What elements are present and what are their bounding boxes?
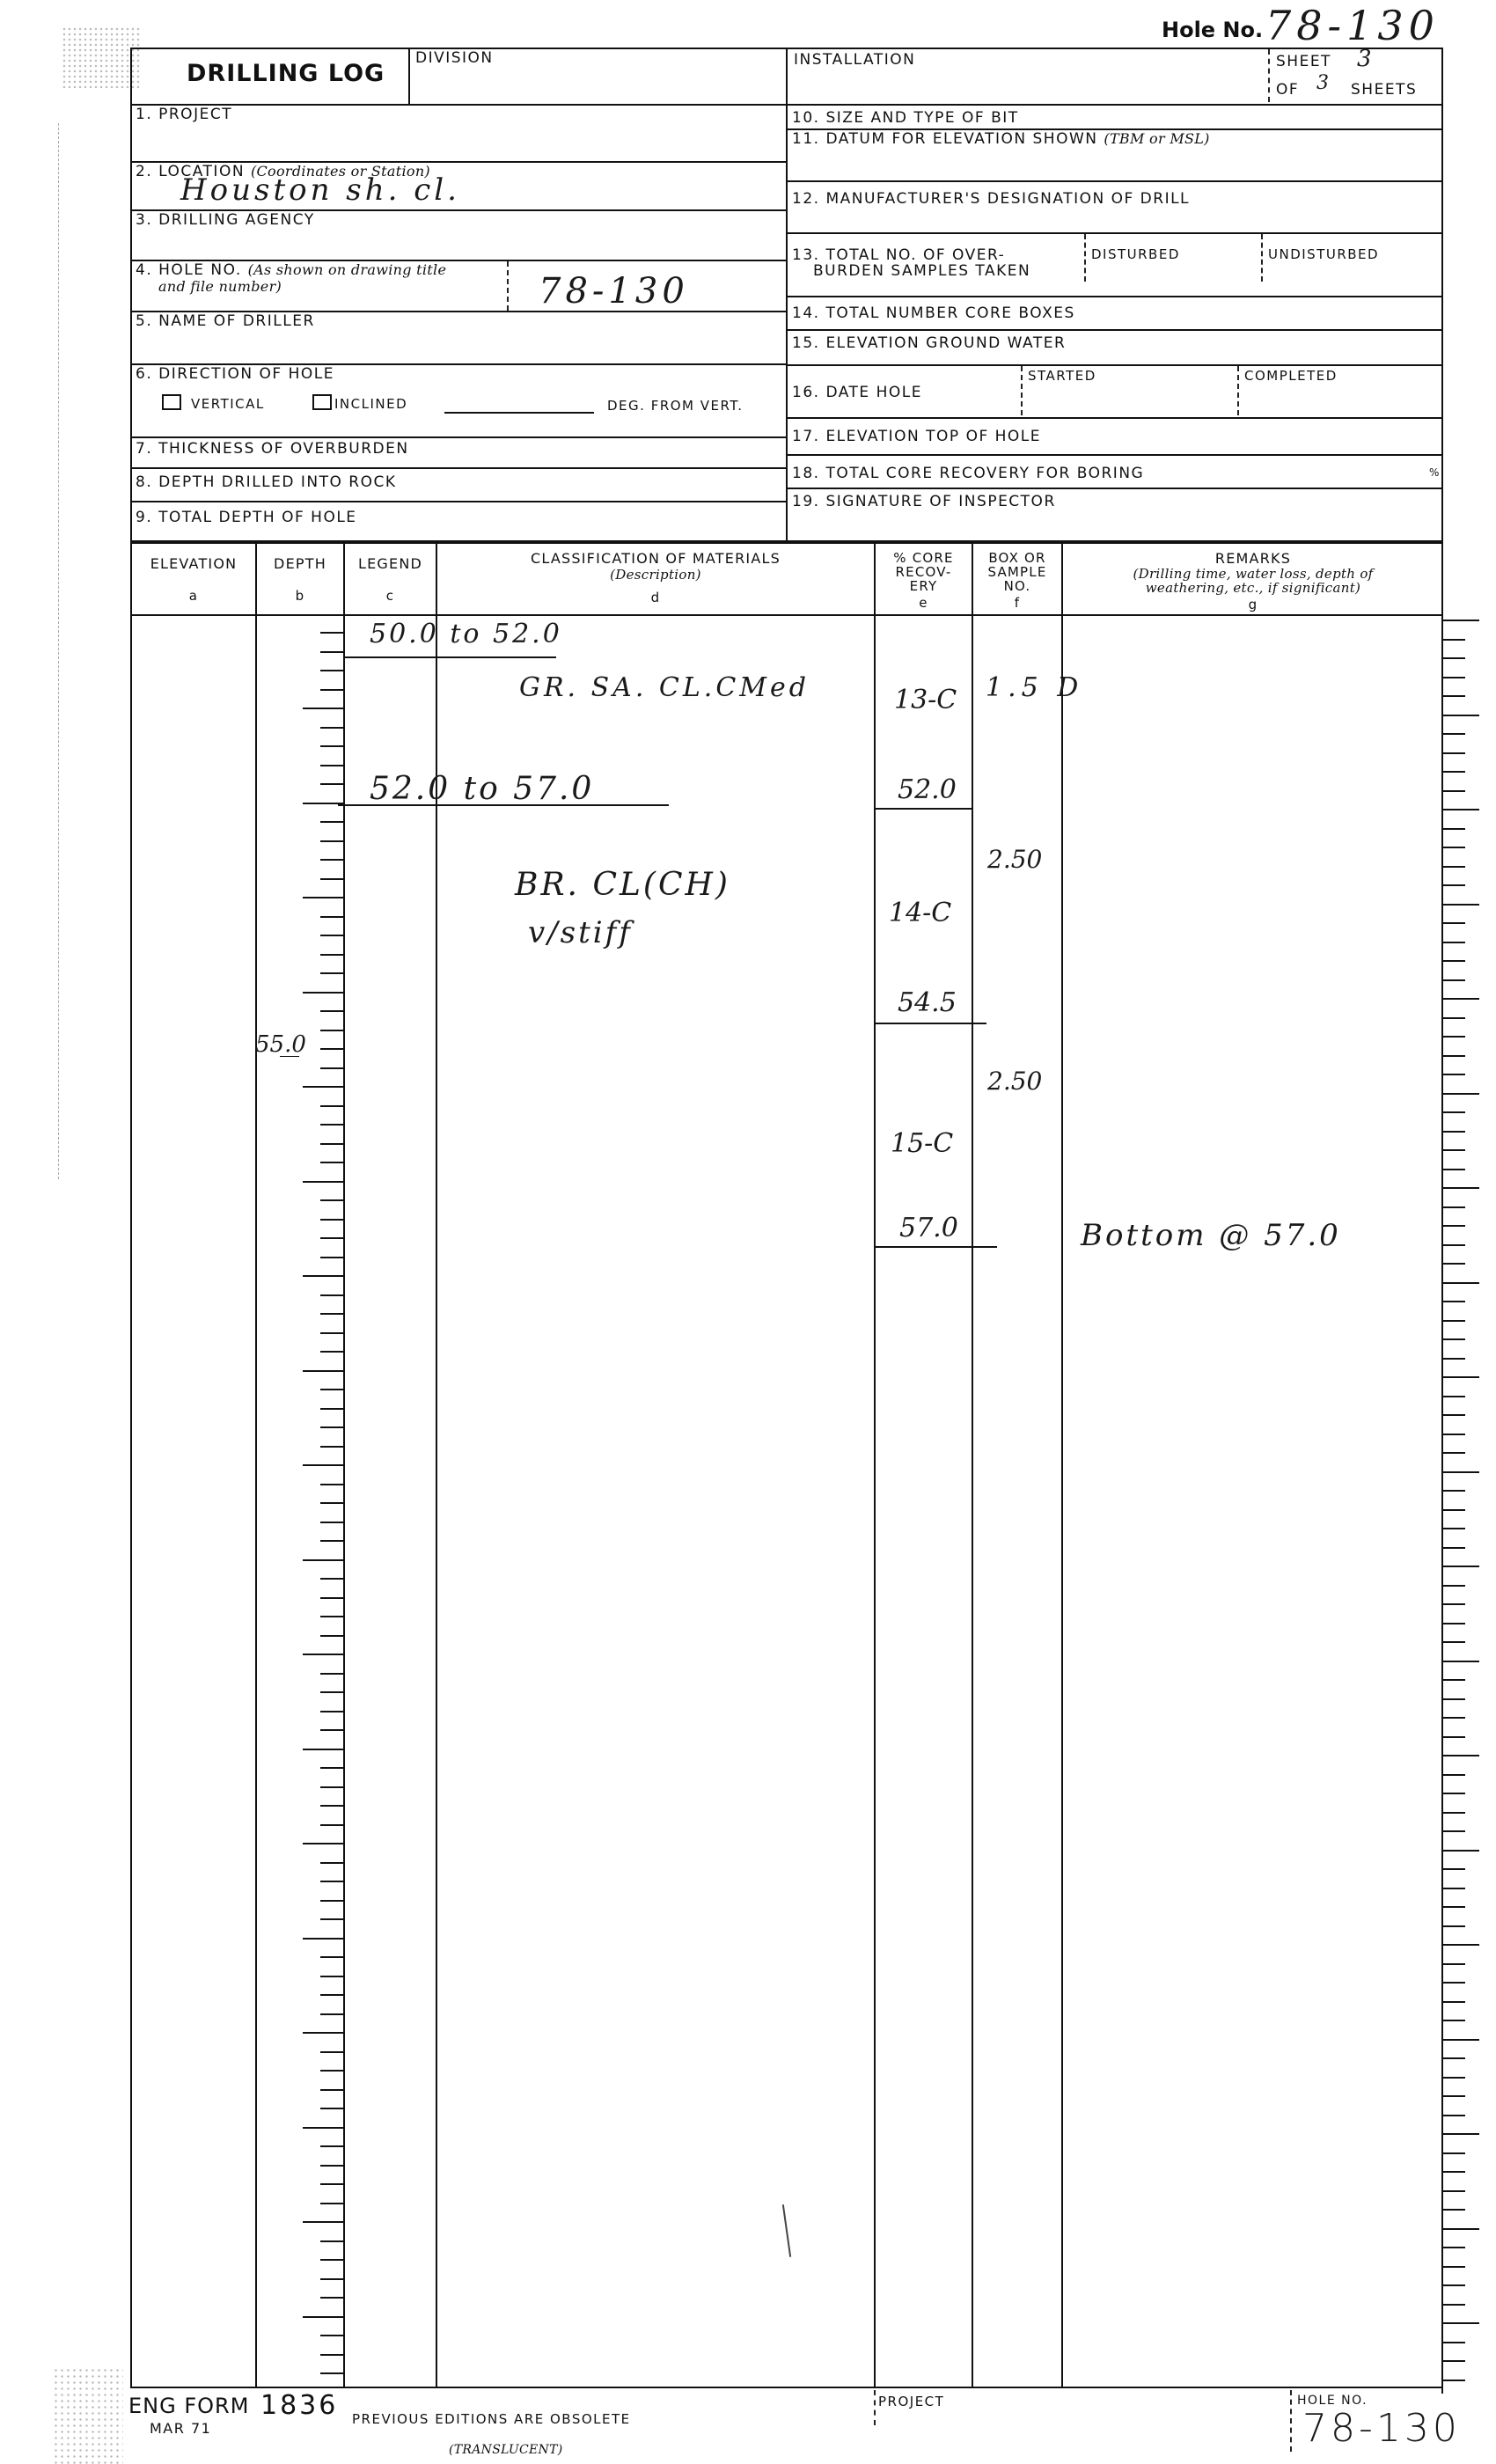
form-date: MAR 71 <box>150 2420 211 2437</box>
depth-tick <box>320 1067 343 1069</box>
col-header-core-recovery: % CORE RECOV- ERY e <box>876 551 972 611</box>
manufacturer-field[interactable] <box>790 209 1438 231</box>
core-recovery-unit: % <box>1429 466 1441 479</box>
installation-label: INSTALLATION <box>794 51 915 69</box>
depth-tick <box>303 1843 343 1844</box>
vertical-checkbox[interactable] <box>162 394 181 410</box>
depth-tick <box>320 821 343 823</box>
ruler-tick <box>1442 1263 1465 1265</box>
depth-tick <box>320 1351 343 1353</box>
depth-tick <box>320 1976 343 1977</box>
depth-tick <box>320 651 343 653</box>
depth-tick <box>320 2051 343 2053</box>
ruler-tick <box>1442 942 1465 943</box>
depth-tick <box>303 708 343 709</box>
depth-tick <box>320 1522 343 1523</box>
drilling-agency-field[interactable] <box>134 229 781 257</box>
ruler-tick <box>1442 1755 1479 1756</box>
depth-tick <box>320 1502 343 1504</box>
project-label: 1. PROJECT <box>136 106 232 123</box>
completed-label: COMPLETED <box>1244 368 1338 384</box>
ground-water-label: 15. ELEVATION GROUND WATER <box>792 334 1066 352</box>
depth-tick <box>320 2165 343 2167</box>
ruler-tick <box>1442 2152 1465 2154</box>
depth-tick <box>303 1370 343 1372</box>
ruler-tick <box>1442 1736 1465 1738</box>
ruler-tick <box>1442 1679 1465 1681</box>
depth-tick <box>303 1938 343 1940</box>
ruler-tick <box>1442 1471 1479 1473</box>
ruler-tick <box>1442 884 1465 886</box>
sample-2: 14-C <box>889 898 951 928</box>
depth-tick <box>303 1086 343 1088</box>
hole-no-label: 4. HOLE NO. (As shown on drawing title <box>136 261 446 279</box>
depth-tick <box>320 1237 343 1239</box>
ruler-tick <box>1442 1225 1465 1227</box>
footer-project-label: PROJECT <box>878 2394 944 2409</box>
depth-tick <box>320 2013 343 2015</box>
description-2b: v/stiff <box>528 915 633 950</box>
depth-tick <box>303 1464 343 1466</box>
ruler-tick <box>1442 1547 1465 1549</box>
depth-tick <box>320 689 343 691</box>
ruler-tick <box>1442 790 1465 792</box>
depth-tick <box>320 1143 343 1145</box>
depth-tick <box>303 1749 343 1750</box>
ruler-tick <box>1442 2095 1465 2097</box>
ruler-tick <box>1442 1017 1465 1019</box>
depth-tick <box>320 1162 343 1163</box>
datum-field[interactable] <box>790 148 1438 178</box>
of-value[interactable]: 3 <box>1316 72 1329 94</box>
inspector-signature-field[interactable] <box>790 510 1438 539</box>
depth-marker: 55.0 <box>255 1031 306 1058</box>
depth-tick <box>303 2127 343 2129</box>
disturbed-label: DISTURBED <box>1091 246 1180 262</box>
disturbed-field[interactable] <box>1088 262 1264 282</box>
depth-tick <box>320 935 343 936</box>
ruler-tick <box>1442 1509 1465 1511</box>
depth-tick <box>303 992 343 994</box>
started-label: STARTED <box>1028 368 1096 384</box>
depth-tick <box>320 1294 343 1296</box>
sheet-value[interactable]: 3 <box>1357 46 1372 72</box>
ruler-tick <box>1442 1623 1465 1624</box>
ruler-tick <box>1442 1396 1465 1397</box>
ruler-tick <box>1442 2304 1465 2306</box>
datum-hint: (TBM or MSL) <box>1104 130 1209 147</box>
description-2a: BR. CL(CH) <box>515 867 730 903</box>
depth-tick <box>320 1635 343 1637</box>
depth-tick <box>320 1257 343 1258</box>
started-field[interactable] <box>1024 385 1236 414</box>
location-value[interactable]: Houston sh. cl. <box>180 172 460 208</box>
box-3: 2.50 <box>987 1067 1042 1096</box>
sheets-label: SHEETS <box>1351 81 1417 99</box>
remark-bottom: Bottom @ 57.0 <box>1081 1218 1341 1253</box>
depth-tick <box>320 1389 343 1390</box>
ruler-tick <box>1442 1187 1479 1189</box>
inspector-label: 19. SIGNATURE OF INSPECTOR <box>792 493 1056 510</box>
ruler-tick <box>1442 2209 1465 2211</box>
depth-tick <box>320 1446 343 1448</box>
installation-field[interactable] <box>792 69 1267 100</box>
depth-tick <box>320 859 343 861</box>
ruler-tick <box>1442 715 1479 716</box>
depth-tick <box>320 1691 343 1693</box>
ruler-tick <box>1442 809 1479 810</box>
depth-mark-3: 57.0 <box>899 1213 958 1243</box>
ruler-tick <box>1442 866 1465 868</box>
depth-tick <box>320 1010 343 1012</box>
ruler-tick <box>1442 922 1465 924</box>
hole-no-label-text: 4. HOLE NO. <box>136 261 242 279</box>
ruler-tick <box>1442 1414 1465 1416</box>
depth-tick <box>320 1199 343 1201</box>
ruler-tick <box>1442 2057 1465 2059</box>
ruler-tick <box>1442 2171 1465 2173</box>
division-field[interactable] <box>414 69 783 102</box>
direction-label: 6. DIRECTION OF HOLE <box>136 365 334 383</box>
depth-tick <box>320 2240 343 2242</box>
depth-tick <box>320 1426 343 1428</box>
project-field[interactable] <box>134 123 781 158</box>
manufacturer-label: 12. MANUFACTURER'S DESIGNATION OF DRILL <box>792 190 1190 208</box>
ruler-tick <box>1442 1641 1465 1643</box>
interval-1: 50.0 to 52.0 <box>370 619 562 649</box>
ruler-tick <box>1442 2360 1465 2362</box>
ruler-tick <box>1442 695 1465 697</box>
ruler-tick <box>1442 1850 1479 1852</box>
ruler-tick <box>1442 733 1465 735</box>
ruler-tick <box>1442 1982 1465 1984</box>
scan-noise-bottom <box>53 2367 123 2464</box>
samples-label-2: BURDEN SAMPLES TAKEN <box>813 262 1030 280</box>
hole-no-value[interactable]: 78-130 <box>539 271 689 312</box>
ruler-tick <box>1442 1793 1465 1794</box>
ruler-tick <box>1442 1452 1465 1454</box>
ruler-tick <box>1442 1603 1465 1605</box>
depth-tick <box>320 1332 343 1334</box>
ruler-tick <box>1442 1566 1479 1567</box>
depth-tick <box>320 783 343 785</box>
ruler-tick <box>1442 1774 1465 1776</box>
ruler-tick <box>1442 1698 1465 1700</box>
ruler-tick <box>1442 1376 1479 1378</box>
depth-tick <box>320 1030 343 1031</box>
col-header-depth: DEPTH b <box>257 556 343 604</box>
sample-3: 15-C <box>891 1128 953 1159</box>
depth-tick <box>320 1048 343 1050</box>
driller-label: 5. NAME OF DRILLER <box>136 312 315 330</box>
inclined-label: INCLINED <box>334 396 407 412</box>
depth-tick <box>320 2183 343 2185</box>
col-header-elevation: ELEVATION a <box>132 556 255 604</box>
depth-tick <box>320 1956 343 1958</box>
depth-tick <box>320 2145 343 2147</box>
ruler-tick <box>1442 904 1479 906</box>
ruler-tick <box>1442 1585 1465 1587</box>
box-2: 2.50 <box>987 845 1042 874</box>
depth-tick <box>320 1767 343 1769</box>
box-1: 1.5 D <box>986 672 1083 703</box>
ruler-tick <box>1442 1925 1465 1927</box>
depth-tick <box>320 745 343 747</box>
ruler-tick <box>1442 1963 1465 1965</box>
depth-tick <box>320 1918 343 1920</box>
core-boxes-label: 14. TOTAL NUMBER CORE BOXES <box>792 304 1075 322</box>
ruler-tick <box>1442 752 1465 754</box>
top-hole-number-value: 78-130 <box>1265 2 1440 49</box>
ruler-tick <box>1442 1036 1465 1038</box>
ruler-tick <box>1442 1358 1465 1360</box>
depth-tick <box>320 1578 343 1580</box>
depth-tick <box>320 765 343 766</box>
depth-tick <box>320 1711 343 1712</box>
depth-tick <box>320 1824 343 1826</box>
depth-tick <box>320 1219 343 1221</box>
form-title: DRILLING LOG <box>187 60 385 87</box>
ruler-tick <box>1442 1944 1479 1946</box>
depth-mark-2: 54.5 <box>898 987 957 1018</box>
col-header-legend: LEGEND c <box>345 556 436 604</box>
overburden-label: 7. THICKNESS OF OVERBURDEN <box>136 440 409 458</box>
scan-noise <box>62 26 141 88</box>
depth-tick <box>303 2221 343 2223</box>
depth-tick <box>303 897 343 898</box>
ruler-tick <box>1442 2322 1479 2324</box>
sheet-label: SHEET <box>1276 53 1331 70</box>
depth-tick <box>320 670 343 671</box>
depth-tick <box>320 727 343 729</box>
ruler-tick <box>1442 1282 1479 1284</box>
depth-tick <box>320 954 343 956</box>
form-number: 1836 <box>260 2390 338 2421</box>
ruler-tick <box>1442 2284 1465 2286</box>
top-hole-number: Hole No. 78-130 <box>1162 7 1452 48</box>
ruler-tick <box>1442 620 1479 621</box>
ruler-tick <box>1442 2039 1479 2041</box>
vertical-label: VERTICAL <box>191 396 265 412</box>
depth-tick <box>320 840 343 842</box>
description-1: GR. SA. CL.CMed <box>519 672 810 703</box>
footer-project-field[interactable] <box>878 2411 1283 2446</box>
footer-hole-no-value[interactable]: 78-130 <box>1302 2406 1461 2451</box>
depth-tick <box>320 1673 343 1675</box>
datum-label: 11. DATUM FOR ELEVATION SHOWN (TBM or MS… <box>792 130 1210 148</box>
depth-tick <box>320 2354 343 2356</box>
depth-tick <box>320 1313 343 1315</box>
ruler-tick <box>1442 1528 1465 1529</box>
ruler-tick <box>1442 2133 1479 2135</box>
depth-tick <box>320 1729 343 1731</box>
depth-tick <box>320 916 343 918</box>
ruler-tick <box>1442 2115 1465 2116</box>
depth-tick <box>320 2259 343 2261</box>
depth-tick <box>320 1408 343 1410</box>
ruler-tick <box>1442 2266 1465 2268</box>
ruler-tick <box>1442 960 1465 962</box>
ruler-tick <box>1442 1301 1465 1302</box>
ruler-tick <box>1442 1490 1465 1492</box>
degrees-input[interactable] <box>444 398 594 414</box>
ruler-tick <box>1442 1131 1465 1133</box>
ruler-tick <box>1442 2077 1465 2079</box>
depth-tick <box>303 1559 343 1561</box>
ruler-tick <box>1442 1434 1465 1435</box>
ruler-tick <box>1442 1888 1465 1889</box>
top-of-hole-label: 17. ELEVATION TOP OF HOLE <box>792 428 1041 445</box>
form-label: ENG FORM <box>128 2394 249 2418</box>
depth-tick <box>320 1124 343 1126</box>
ruler-tick <box>1442 1206 1465 1208</box>
depth-tick <box>303 2032 343 2034</box>
depth-tick <box>303 1654 343 1655</box>
depth-tick <box>320 632 343 634</box>
depth-tick <box>303 1275 343 1277</box>
depth-tick <box>320 1900 343 1902</box>
ruler-tick <box>1442 847 1465 848</box>
col-header-sample-no: BOX OR SAMPLE NO. f <box>973 551 1061 611</box>
ruler-tick <box>1442 657 1465 659</box>
depth-tick <box>320 1805 343 1807</box>
ruler-tick <box>1442 1093 1479 1095</box>
depth-tick <box>320 1994 343 1996</box>
previous-editions-note: PREVIOUS EDITIONS ARE OBSOLETE <box>352 2411 631 2427</box>
depth-tick <box>320 2108 343 2109</box>
sample-1: 13-C <box>894 685 957 715</box>
depth-tick <box>320 2278 343 2280</box>
ruler-tick <box>1442 2228 1479 2230</box>
interval-2: 52.0 to 57.0 <box>370 771 594 807</box>
undisturbed-label: UNDISTURBED <box>1268 246 1379 262</box>
ruler-tick <box>1442 2020 1465 2021</box>
samples-label-1: 13. TOTAL NO. OF OVER- <box>792 246 1005 264</box>
top-hole-number-label: Hole No. <box>1162 18 1263 42</box>
date-hole-label: 16. DATE HOLE <box>792 384 922 401</box>
undisturbed-field[interactable] <box>1265 262 1440 282</box>
ruler-tick <box>1442 1074 1465 1075</box>
ruler-tick <box>1442 677 1465 678</box>
depth-tick <box>320 1881 343 1882</box>
depth-tick <box>320 1484 343 1485</box>
ruler-tick <box>1442 828 1465 830</box>
ruler-tick <box>1442 1320 1465 1322</box>
hole-no-hint-2: and file number) <box>158 278 282 295</box>
ruler-tick <box>1442 1111 1465 1113</box>
depth-tick <box>320 1786 343 1788</box>
depth-mark-1: 52.0 <box>898 774 957 805</box>
depth-tick <box>303 2316 343 2318</box>
depth-tick <box>320 1105 343 1107</box>
depth-tick <box>320 1862 343 1864</box>
ruler-tick <box>1442 1338 1465 1340</box>
depth-tick <box>320 2297 343 2299</box>
ruler-tick <box>1442 1169 1465 1170</box>
deg-from-vert-label: DEG. FROM VERT. <box>607 398 743 414</box>
driller-field[interactable] <box>134 331 781 361</box>
inclined-checkbox[interactable] <box>312 394 332 410</box>
of-label: OF <box>1276 81 1299 99</box>
ruler-tick <box>1442 1812 1465 1814</box>
ruler-tick <box>1442 2190 1465 2192</box>
ruler-tick <box>1442 1149 1465 1151</box>
ruler-tick <box>1442 771 1465 773</box>
ruler-tick <box>1442 2380 1465 2381</box>
depth-tick <box>320 2335 343 2336</box>
depth-tick <box>303 1181 343 1183</box>
depth-tick <box>320 1597 343 1599</box>
division-label: DIVISION <box>415 49 494 67</box>
ruler-tick <box>1442 2001 1465 2003</box>
ruler-tick <box>1442 998 1479 1000</box>
depth-tick <box>320 1616 343 1617</box>
ruler-tick <box>1442 1868 1465 1870</box>
ruler-tick <box>1442 1830 1465 1832</box>
translucent-note: (TRANSLUCENT) <box>449 2443 563 2457</box>
depth-tick <box>320 1540 343 1542</box>
col-header-remarks: REMARKS (Drilling time, water loss, dept… <box>1063 551 1443 612</box>
ruler-tick <box>1442 1717 1465 1719</box>
depth-tick <box>320 2089 343 2091</box>
datum-label-text: 11. DATUM FOR ELEVATION SHOWN <box>792 130 1098 148</box>
depth-rock-label: 8. DEPTH DRILLED INTO ROCK <box>136 473 396 491</box>
ruler-tick <box>1442 979 1465 981</box>
depth-tick <box>320 2070 343 2072</box>
ruler-tick <box>1442 1661 1479 1662</box>
core-recovery-label: 18. TOTAL CORE RECOVERY FOR BORING <box>792 465 1144 482</box>
depth-tick <box>320 2372 343 2374</box>
ruler-tick <box>1442 2247 1465 2248</box>
completed-field[interactable] <box>1241 385 1440 414</box>
ruler-tick <box>1442 1055 1465 1057</box>
bit-label: 10. SIZE AND TYPE OF BIT <box>792 109 1019 127</box>
ruler-tick <box>1442 1244 1465 1246</box>
total-depth-label: 9. TOTAL DEPTH OF HOLE <box>136 509 357 526</box>
ruler-tick <box>1442 1906 1465 1908</box>
ruler-tick <box>1442 639 1465 641</box>
hole-no-hint-1: (As shown on drawing title <box>248 261 447 278</box>
left-margin-mark <box>58 123 59 1179</box>
depth-tick <box>320 878 343 880</box>
depth-tick <box>320 972 343 974</box>
drilling-agency-label: 3. DRILLING AGENCY <box>136 211 315 229</box>
col-header-classification: CLASSIFICATION OF MATERIALS (Description… <box>437 551 874 605</box>
depth-tick <box>320 2203 343 2204</box>
ruler-tick <box>1442 2342 1465 2343</box>
